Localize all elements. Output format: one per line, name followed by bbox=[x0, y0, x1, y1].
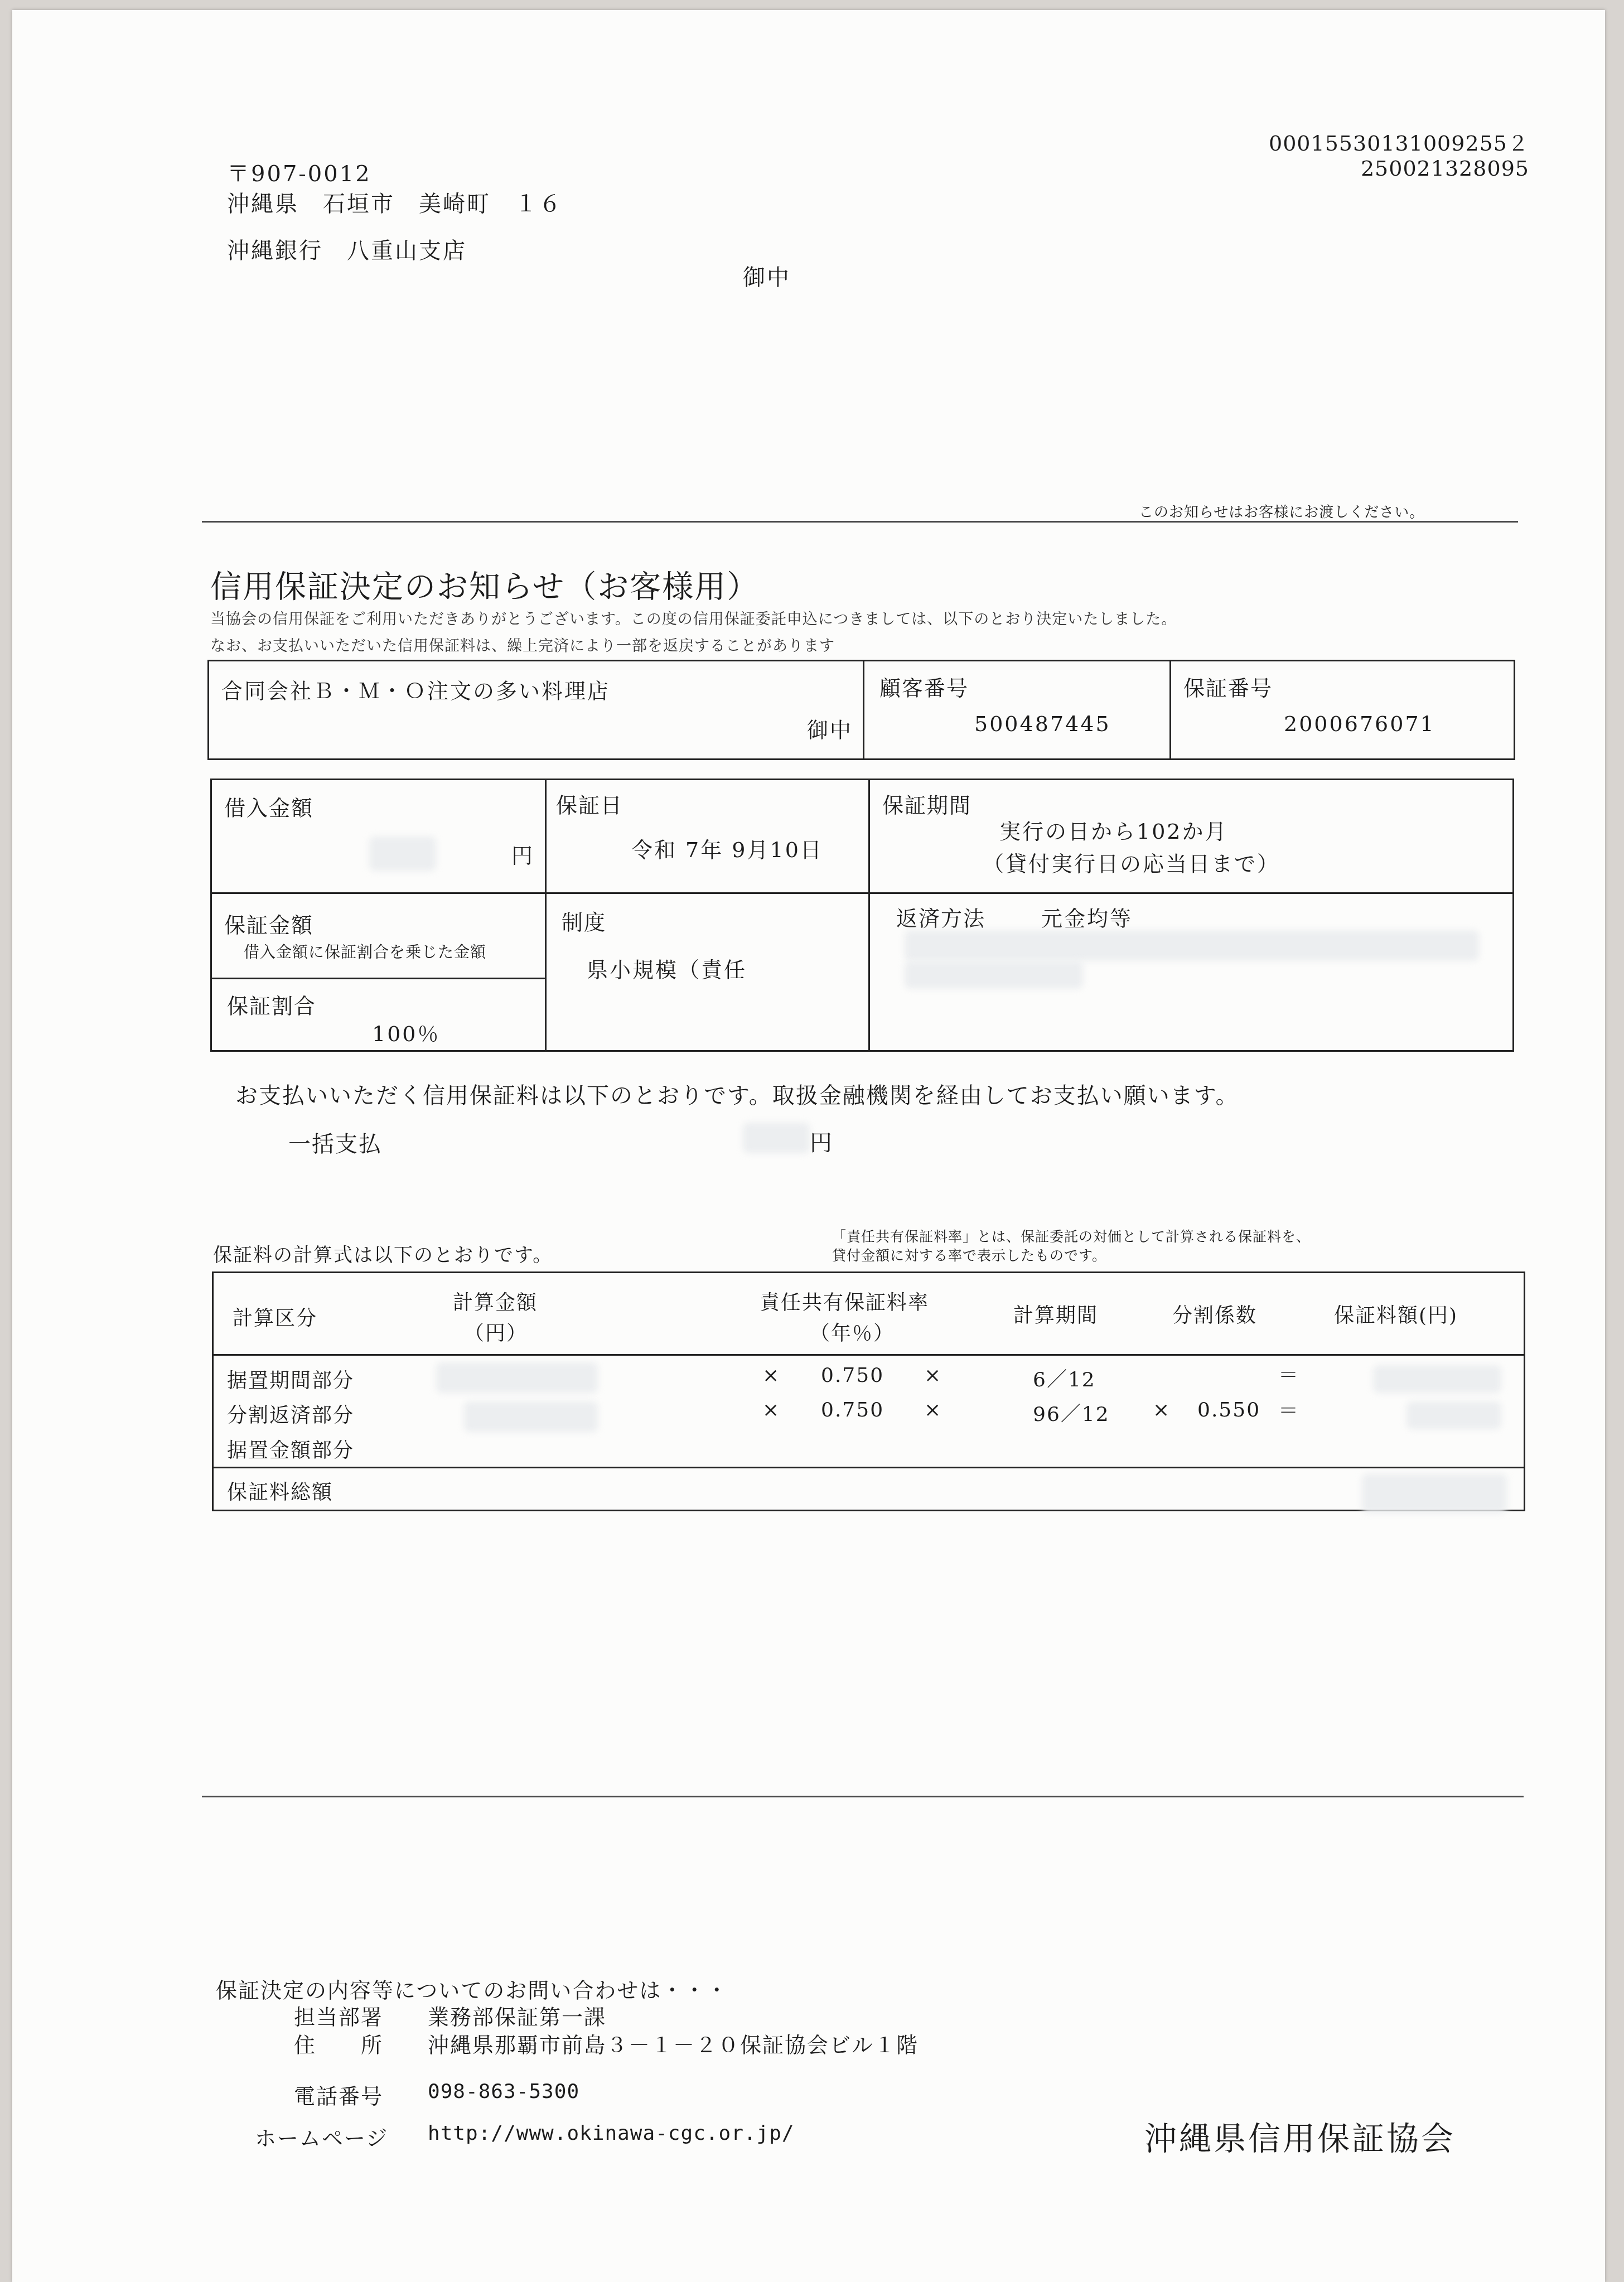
phone-label: 電話番号 bbox=[294, 2079, 383, 2110]
page-title: 信用保証決定のお知らせ（お客様用） bbox=[210, 562, 759, 607]
divider bbox=[212, 1467, 1525, 1468]
header-category: 計算区分 bbox=[233, 1303, 317, 1331]
divider bbox=[863, 660, 864, 760]
total-label: 保証料総額 bbox=[227, 1477, 333, 1505]
customer-honorific: 御中 bbox=[807, 713, 853, 743]
guarantee-period-line-2: （貸付実行日の応当日まで） bbox=[983, 847, 1280, 877]
postal-code: 〒907-0012 bbox=[227, 156, 371, 188]
guarantee-date: 令和 7年 9月10日 bbox=[631, 833, 823, 863]
multiply-sign: × bbox=[924, 1364, 942, 1387]
repayment-value: 元金均等 bbox=[1041, 901, 1133, 932]
equals-sign: ＝ bbox=[1278, 1395, 1299, 1424]
loan-amount-unit: 円 bbox=[511, 838, 534, 869]
guarantee-number-label: 保証番号 bbox=[1183, 671, 1273, 702]
system-label: 制度 bbox=[562, 905, 606, 936]
website-label: ホームページ bbox=[255, 2121, 388, 2152]
row-category: 据置期間部分 bbox=[227, 1365, 354, 1394]
guarantee-ratio: 100％ bbox=[372, 1017, 441, 1047]
payment-sentence: お支払いいただく信用保証料は以下のとおりです。取扱金融機関を経由してお支払い願い… bbox=[235, 1078, 1239, 1110]
guarantee-amount-note: 借入金額に保証割合を乗じた金額 bbox=[244, 940, 486, 963]
guarantee-date-label: 保証日 bbox=[556, 788, 623, 819]
header-rate-unit: （年％） bbox=[810, 1318, 895, 1346]
system-value: 県小規模（責任 bbox=[587, 953, 747, 983]
rate-footnote-line-1: 「責任共有保証料率」とは、保証委託の対価として計算される保証料を、 bbox=[832, 1226, 1311, 1246]
intro-line-1: 当協会の信用保証をご利用いただきありがとうございます。この度の信用保証委託申込に… bbox=[210, 607, 1177, 628]
divider bbox=[212, 1354, 1525, 1356]
header-amount-unit: （円） bbox=[464, 1318, 528, 1346]
multiply-sign: × bbox=[762, 1364, 780, 1387]
rate-footnote-line-2: 貸付金額に対する率で表示したものです。 bbox=[832, 1245, 1106, 1265]
loan-amount-label: 借入金額 bbox=[224, 791, 313, 821]
redacted-fee bbox=[1406, 1401, 1501, 1429]
redacted-fee bbox=[1373, 1365, 1501, 1393]
address-label: 住 所 bbox=[294, 2028, 383, 2058]
multiply-sign: × bbox=[924, 1399, 942, 1422]
guarantee-ratio-label: 保証割合 bbox=[227, 989, 316, 1019]
divider bbox=[210, 892, 1514, 894]
customer-name: 合同会社Ｂ・Ｍ・Ｏ注文の多い料理店 bbox=[221, 674, 610, 704]
cut-line bbox=[202, 521, 1518, 523]
equals-sign: ＝ bbox=[1278, 1360, 1299, 1388]
issuer-name: 沖縄県信用保証協会 bbox=[1144, 2112, 1456, 2159]
divider bbox=[545, 779, 547, 1052]
reference-number-2: 250021328095 bbox=[1217, 156, 1529, 181]
intro-line-2: なお、お支払いいただいた信用保証料は、繰上完済により一部を返戻することがあります bbox=[210, 634, 835, 655]
divider bbox=[868, 779, 870, 1052]
header-period: 計算期間 bbox=[1013, 1300, 1098, 1328]
divider bbox=[210, 978, 545, 979]
redacted-lump-sum bbox=[743, 1123, 810, 1153]
guarantee-period-line-1: 実行の日から102か月 bbox=[999, 814, 1228, 845]
redacted-repayment-detail bbox=[905, 961, 1083, 989]
dept-label: 担当部署 bbox=[294, 2000, 383, 2030]
redacted-total-fee bbox=[1362, 1474, 1507, 1513]
website-link[interactable]: http://www.okinawa-cgc.or.jp/ bbox=[428, 2122, 795, 2145]
redacted-calc-amount bbox=[436, 1362, 598, 1393]
header-amount: 計算金額 bbox=[453, 1287, 538, 1316]
row-coefficient: 0.550 bbox=[1197, 1399, 1260, 1422]
reference-number-1: 00015530131009255２ bbox=[1217, 126, 1529, 157]
phone-value: 098-863-5300 bbox=[428, 2080, 579, 2103]
footer-divider bbox=[202, 1796, 1524, 1797]
row-rate: 0.750 bbox=[821, 1364, 884, 1387]
guarantee-period-label: 保証期間 bbox=[882, 788, 971, 819]
calculation-heading: 保証料の計算式は以下のとおりです。 bbox=[213, 1240, 553, 1267]
address-value: 沖縄県那覇市前島３－１－２０保証協会ビル１階 bbox=[428, 2028, 919, 2058]
customer-number: 500487445 bbox=[974, 712, 1111, 736]
guarantee-number: 2000676071 bbox=[1284, 712, 1435, 736]
redacted-loan-amount bbox=[369, 837, 436, 871]
recipient-bank: 沖縄銀行 八重山支店 bbox=[227, 233, 467, 265]
recipient-honorific: 御中 bbox=[743, 260, 791, 292]
redacted-repayment-detail bbox=[905, 930, 1479, 961]
notice-document: 〒907-0012 沖縄県 石垣市 美崎町 １６ 沖縄銀行 八重山支店 御中 0… bbox=[12, 10, 1605, 2282]
handover-note: このお知らせはお客様にお渡しください。 bbox=[1139, 501, 1424, 521]
row-period: 6／12 bbox=[1033, 1364, 1096, 1393]
redacted-calc-amount bbox=[464, 1401, 598, 1432]
multiply-sign: × bbox=[1153, 1399, 1171, 1422]
details-box bbox=[210, 779, 1514, 1052]
recipient-address: 沖縄県 石垣市 美崎町 １６ bbox=[227, 186, 563, 218]
dept-value: 業務部保証第一課 bbox=[428, 2000, 606, 2030]
row-period: 96／12 bbox=[1033, 1399, 1110, 1427]
row-category: 分割返済部分 bbox=[227, 1400, 354, 1428]
contact-heading: 保証決定の内容等についてのお問い合わせは・・・ bbox=[216, 1973, 728, 2004]
header-fee: 保証料額(円) bbox=[1334, 1300, 1458, 1328]
header-coefficient: 分割係数 bbox=[1172, 1300, 1257, 1328]
customer-number-label: 顧客番号 bbox=[879, 671, 969, 702]
divider bbox=[1169, 660, 1171, 760]
row-rate: 0.750 bbox=[821, 1399, 884, 1422]
multiply-sign: × bbox=[762, 1399, 780, 1422]
lump-sum-unit: 円 bbox=[810, 1125, 833, 1157]
lump-sum-label: 一括支払 bbox=[288, 1127, 382, 1158]
header-rate: 責任共有保証料率 bbox=[760, 1287, 929, 1316]
repayment-label: 返済方法 bbox=[896, 901, 985, 932]
row-category: 据置金額部分 bbox=[227, 1435, 354, 1463]
guarantee-amount-label: 保証金額 bbox=[224, 908, 313, 939]
